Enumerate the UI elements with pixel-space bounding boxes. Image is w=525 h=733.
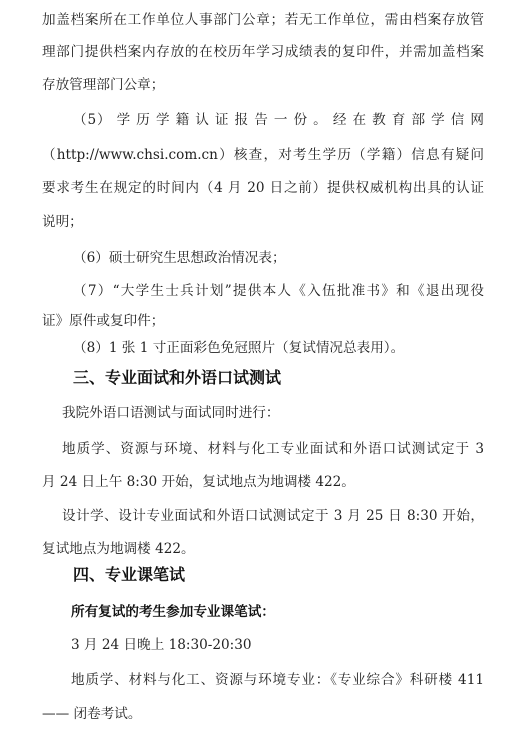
paragraph-line: 存放管理部门公章； xyxy=(42,76,484,94)
paragraph-line: 地质学、资源与环境、材料与化工专业面试和外语口试测试定于 3 xyxy=(62,440,484,458)
paragraph-line: 要求考生在规定的时间内（4 月 20 日之前）提供权威机构出具的认证 xyxy=(42,179,484,197)
paragraph-line: 地质学、材料与化工、资源与环境专业：《专业综合》科研楼 411 xyxy=(71,671,484,689)
paragraph-line: 加盖档案所在工作单位人事部门公章；若无工作单位，需由档案存放管 xyxy=(42,11,484,29)
paragraph-line: 说明； xyxy=(42,213,484,231)
list-item-5: （5） 学 历 学 籍 认 证 报 告 一 份 。 经 在 教 育 部 学 信 … xyxy=(73,111,484,129)
section-heading-4: 四、专业课笔试 xyxy=(73,565,185,585)
exam-time: 3 月 24 日晚上 18:30-20:30 xyxy=(71,636,513,654)
paragraph-line: 复试地点为地调楼 422。 xyxy=(42,540,484,558)
paragraph-line: 理部门提供档案内存放的在校历年学习成绩表的复印件，并需加盖档案 xyxy=(42,43,484,61)
list-item-8: （8）1 张 1 寸正面彩色免冠照片（复试情况总表用）。 xyxy=(73,339,484,357)
list-item-7: （7）“大学生士兵计划”提供本人《入伍批准书》和《退出现役 xyxy=(73,282,484,300)
paragraph-line: 月 24 日上午 8:30 开始，复试地点为地调楼 422。 xyxy=(42,473,484,491)
paragraph-line: 证》原件或复印件； xyxy=(42,312,484,330)
list-item-6: （6）硕士研究生思想政治情况表； xyxy=(73,249,484,267)
paragraph-line: （http://www.chsi.com.cn）核查，对考生学历（学籍）信息有疑… xyxy=(42,146,484,164)
bold-intro: 所有复试的考生参加专业课笔试： xyxy=(71,603,513,621)
paragraph-line: 设计学、设计专业面试和外语口试测试定于 3 月 25 日 8:30 开始， xyxy=(62,507,484,525)
paragraph-line: —— 闭卷考试。 xyxy=(42,705,484,723)
paragraph: 我院外语口语测试与面试同时进行： xyxy=(62,404,473,422)
section-heading-3: 三、专业面试和外语口试测试 xyxy=(73,368,281,388)
